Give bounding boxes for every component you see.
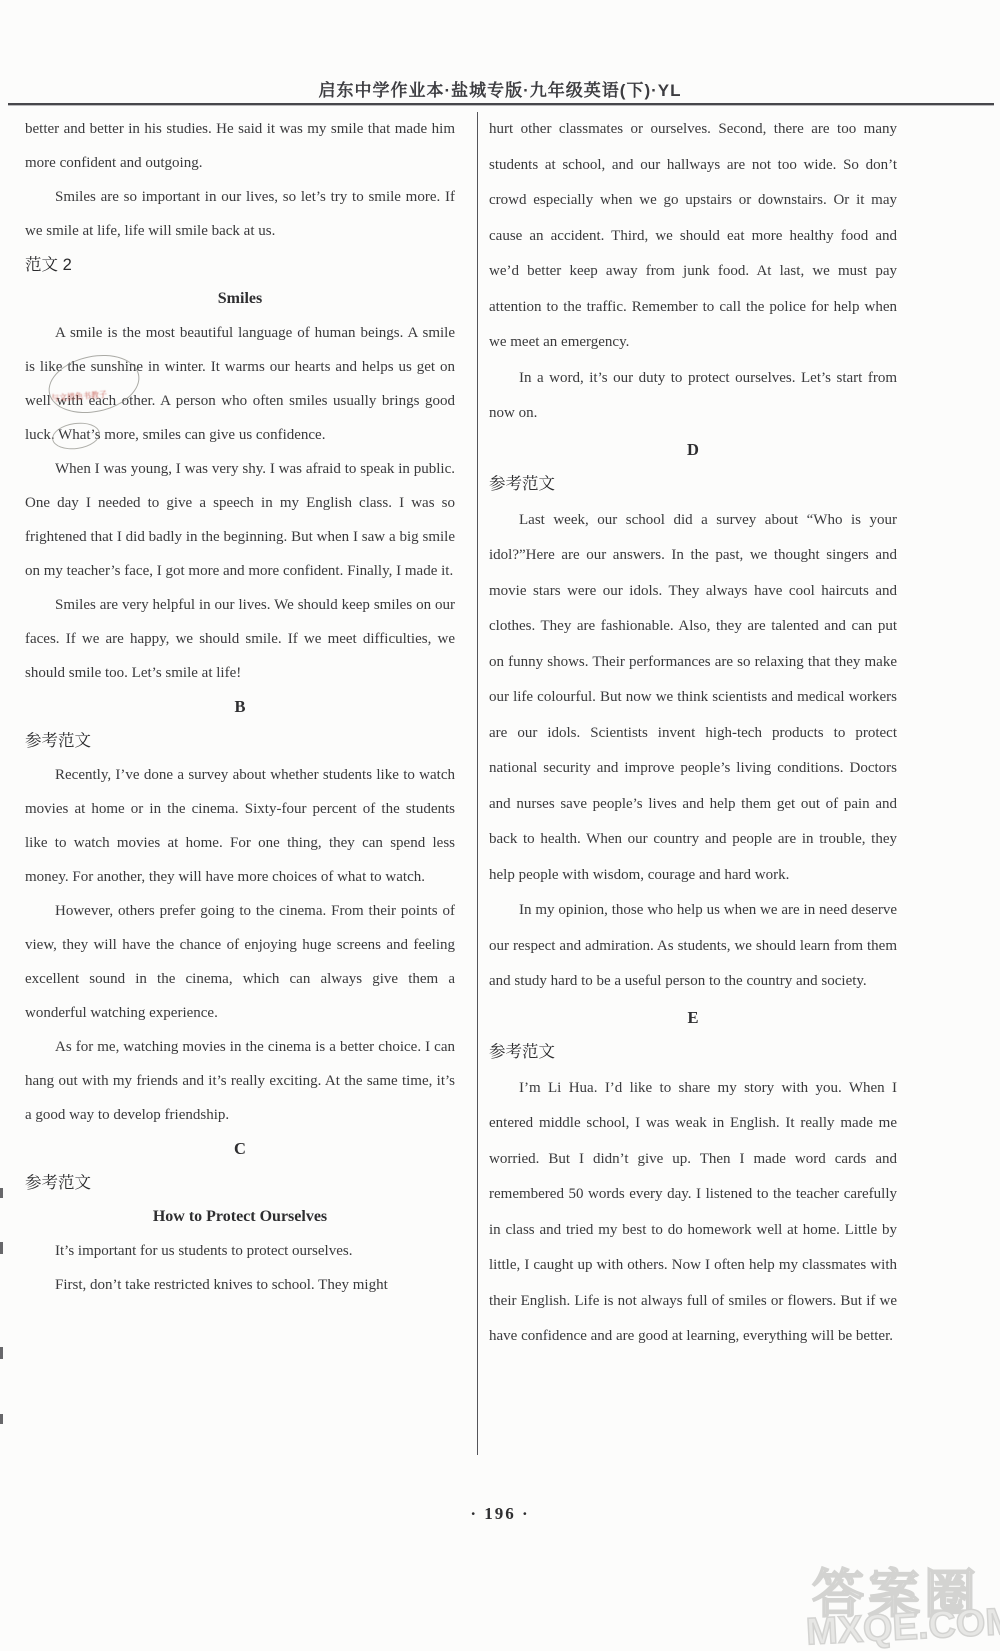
paragraph: Last week, our school did a survey about… bbox=[489, 503, 897, 894]
paragraph: I’m Li Hua. I’d like to share my story w… bbox=[489, 1071, 897, 1355]
right-column: hurt other classmates or ourselves. Seco… bbox=[478, 112, 897, 1355]
workbook-page: { "page": { "header": "启东中学作业本·盐城专版·九年级英… bbox=[0, 0, 1000, 1651]
paragraph: When I was young, I was very shy. I was … bbox=[25, 452, 455, 588]
paragraph: It’s important for us students to protec… bbox=[25, 1234, 455, 1268]
page-number: · 196 · bbox=[0, 1504, 1000, 1524]
chinese-label: 范文 2 bbox=[25, 248, 455, 282]
paragraph: As for me, watching movies in the cinema… bbox=[25, 1030, 455, 1132]
paragraph: Smiles are so important in our lives, so… bbox=[25, 180, 455, 248]
section-letter: D bbox=[489, 432, 897, 468]
paragraph: better and better in his studies. He sai… bbox=[25, 112, 455, 180]
scan-edge-mark bbox=[0, 1188, 3, 1198]
section-letter: B bbox=[25, 690, 455, 724]
paragraph: However, others prefer going to the cine… bbox=[25, 894, 455, 1030]
section-letter: C bbox=[25, 1132, 455, 1166]
section-letter: E bbox=[489, 1000, 897, 1036]
left-column: better and better in his studies. He sai… bbox=[25, 112, 455, 1302]
scan-edge-mark bbox=[0, 1347, 3, 1359]
paragraph: Smiles are very helpful in our lives. We… bbox=[25, 588, 455, 690]
paragraph: In my opinion, those who help us when we… bbox=[489, 893, 897, 1000]
chinese-label: 参考范文 bbox=[25, 1166, 455, 1200]
essay-title: How to Protect Ourselves bbox=[25, 1200, 455, 1234]
essay-title: Smiles bbox=[25, 282, 455, 316]
chinese-label: 参考范文 bbox=[489, 1035, 897, 1071]
page-header-title: 启东中学作业本·盐城专版·九年级英语(下)·YL bbox=[0, 76, 1000, 101]
chinese-label: 参考范文 bbox=[25, 724, 455, 758]
chinese-label: 参考范文 bbox=[489, 467, 897, 503]
paragraph: In a word, it’s our duty to protect ours… bbox=[489, 361, 897, 432]
scan-edge-mark bbox=[0, 1242, 3, 1254]
scan-edge-mark bbox=[0, 1414, 3, 1424]
paragraph: hurt other classmates or ourselves. Seco… bbox=[489, 112, 897, 361]
header-rule bbox=[8, 103, 994, 106]
paragraph: Recently, I’ve done a survey about wheth… bbox=[25, 758, 455, 894]
paragraph: First, don’t take restricted knives to s… bbox=[25, 1268, 455, 1302]
two-column-layout: better and better in his studies. He sai… bbox=[25, 112, 902, 1455]
